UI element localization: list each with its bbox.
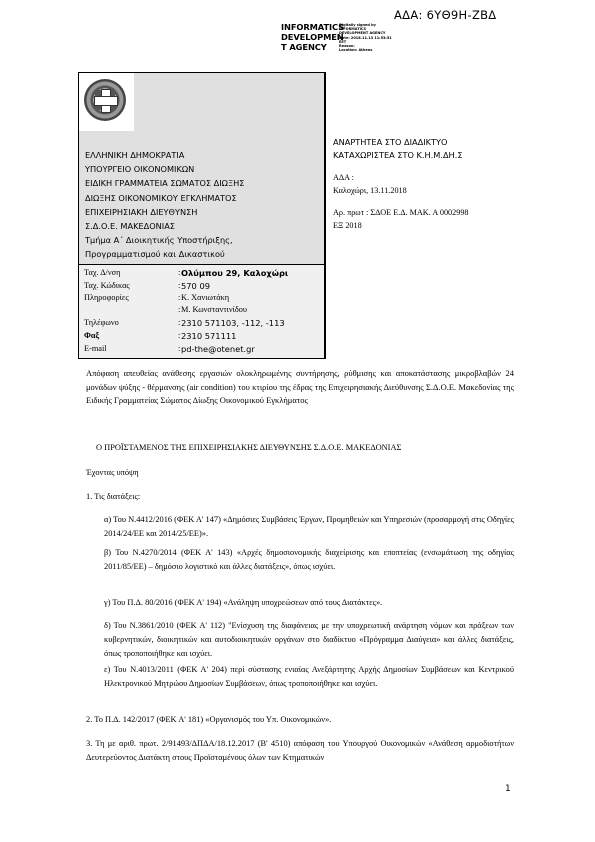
issuer-line: Σ.Δ.Ο.Ε. ΜΑΚΕΔΟΝΙΑΣ <box>85 219 244 233</box>
registration-notice: ΚΑΤΑΧΩΡΙΣΤΕΑ ΣΤΟ Κ.Η.Μ.ΔΗ.Σ <box>333 149 469 162</box>
provision-3: 3. Τη με αριθ. πρωτ. 2/91493/ΔΠΔΑ/18.12.… <box>86 737 514 765</box>
place-date: Καλοχώρι, 13.11.2018 <box>333 184 469 197</box>
posting-notice: ΑΝΑΡΤΗΤΕΑ ΣΤΟ ΔΙΑΔΙΚΤΥΟ <box>333 136 469 149</box>
page-number: 1 <box>505 784 511 794</box>
emblem-cross-horizontal <box>94 96 118 106</box>
greek-emblem-icon <box>84 79 126 121</box>
issuer-line: ΥΠΟΥΡΓΕΙΟ ΟΙΚΟΝΟΜΙΚΩΝ <box>85 162 244 176</box>
contact-label: E-mail <box>84 344 107 353</box>
provision-2: 2. Το Π.Δ. 142/2017 (ΦΕΚ Α' 181) «Οργανι… <box>86 713 514 727</box>
issuer-line: ΕΙΔΙΚΗ ΓΡΑΜΜΑΤΕΙΑ ΣΩΜΑΤΟΣ ΔΙΩΞΗΣ <box>85 176 244 190</box>
protocol-number: Αρ. πρωτ : ΣΔΟΕ Ε.Δ. ΜΑΚ. Α 0002998 <box>333 206 469 219</box>
provision-1d: δ) Του Ν.3861/2010 (ΦΕΚ Α' 112) "Ενίσχυσ… <box>104 619 514 661</box>
decision-subject: Απόφαση απευθείας ανάθεσης εργασιών ολοκ… <box>86 367 514 408</box>
ida-logo-text: INFORMATICS DEVELOPMEN T AGENCY <box>281 22 344 52</box>
provision-1: 1. Τις διατάξεις: <box>86 490 140 504</box>
provision-1b: β) Του Ν.4270/2014 (ΦΕΚ Α' 143) «Αρχές δ… <box>104 546 514 574</box>
ada-code: ΑΔΑ: 6ΥΘ9Η-ΖΒΔ <box>394 8 496 22</box>
colon: : <box>178 293 180 302</box>
contact-value: 2310 571111 <box>181 331 236 341</box>
protocol-number-cont: ΕΞ 2018 <box>333 219 469 232</box>
contact-label: Ταχ. Κώδικας <box>84 281 130 290</box>
colon: : <box>178 331 180 340</box>
signature-line: DEVELOPMENT AGENCY <box>339 31 392 35</box>
ida-logo-line: T AGENCY <box>281 42 344 52</box>
contact-label: Τηλέφωνο <box>84 318 119 327</box>
contact-value: Μ. Κωνσταντινίδου <box>181 305 247 314</box>
ida-logo-line: INFORMATICS <box>281 22 344 32</box>
contact-info-table: Ταχ. Δ/νση : Ολύμπου 29, Καλοχώρι Ταχ. Κ… <box>78 264 326 359</box>
contact-value: 570 09 <box>181 281 210 291</box>
provision-1a: α) Του Ν.4412/2016 (ΦΕΚ Α' 147) «Δημόσιε… <box>104 513 514 541</box>
issuer-header-box: ΕΛΛΗΝΙΚΗ ΔΗΜΟΚΡΑΤΙΑ ΥΠΟΥΡΓΕΙΟ ΟΙΚΟΝΟΜΙΚΩ… <box>78 72 326 265</box>
issuer-line: ΕΛΛΗΝΙΚΗ ΔΗΜΟΚΡΑΤΙΑ <box>85 148 244 162</box>
issuer-line: ΔΙΩΞΗΣ ΟΙΚΟΝΟΜΙΚΟΥ ΕΓΚΛΗΜΑΤΟΣ <box>85 191 244 205</box>
provision-1e: ε) Του Ν.4013/2011 (ΦΕΚ Α' 204) περί σύσ… <box>104 663 514 691</box>
issuer-lines: ΕΛΛΗΝΙΚΗ ΔΗΜΟΚΡΑΤΙΑ ΥΠΟΥΡΓΕΙΟ ΟΙΚΟΝΟΜΙΚΩ… <box>85 148 244 262</box>
contact-value: Ολύμπου 29, Καλοχώρι <box>181 268 288 278</box>
decision-title: Ο ΠΡΟΪΣΤΑΜΕΝΟΣ ΤΗΣ ΕΠΙΧΕΙΡΗΣΙΑΚΗΣ ΔΙΕΥΘΥ… <box>96 443 401 452</box>
signature-line: Date: 2018.11.13 11:53:51 <box>339 36 392 40</box>
ada-label: ΑΔΑ : <box>333 171 469 184</box>
contact-label: Πληροφορίες <box>84 293 129 302</box>
colon: : <box>178 281 180 290</box>
provision-1c: γ) Του Π.Δ. 80/2016 (ΦΕΚ Α' 194) «Ανάληψ… <box>104 596 514 610</box>
contact-value: Κ. Χανιωτάκη <box>181 293 229 302</box>
emblem-container <box>79 73 134 131</box>
issuer-line: Τμήμα Α΄ Διοικητικής Υποστήριξης, <box>85 233 244 247</box>
reference-block: ΑΝΑΡΤΗΤΕΑ ΣΤΟ ΔΙΑΔΙΚΤΥΟ ΚΑΤΑΧΩΡΙΣΤΕΑ ΣΤΟ… <box>333 136 469 232</box>
colon: : <box>178 305 180 314</box>
contact-value: 2310 571103, -112, -113 <box>181 318 285 328</box>
colon: : <box>178 318 180 327</box>
colon: : <box>178 344 180 353</box>
having-regard: Έχοντας υπόψη <box>86 466 139 480</box>
issuer-line: ΕΠΙΧΕΙΡΗΣΙΑΚΗ ΔΙΕΥΘΥΝΣΗ <box>85 205 244 219</box>
contact-label: Ταχ. Δ/νση <box>84 268 120 277</box>
issuer-line: Προγραμματισμού και Δικαστικού <box>85 247 244 261</box>
ida-logo-line: DEVELOPMEN <box>281 32 344 42</box>
digital-signature-stamp: Digitally signed by INFORMATICS DEVELOPM… <box>339 23 392 52</box>
signature-line: Location: Athens <box>339 48 392 52</box>
colon: : <box>178 268 180 277</box>
email-link[interactable]: pd-the@otenet.gr <box>181 344 255 354</box>
contact-label: Φαξ <box>84 331 99 340</box>
